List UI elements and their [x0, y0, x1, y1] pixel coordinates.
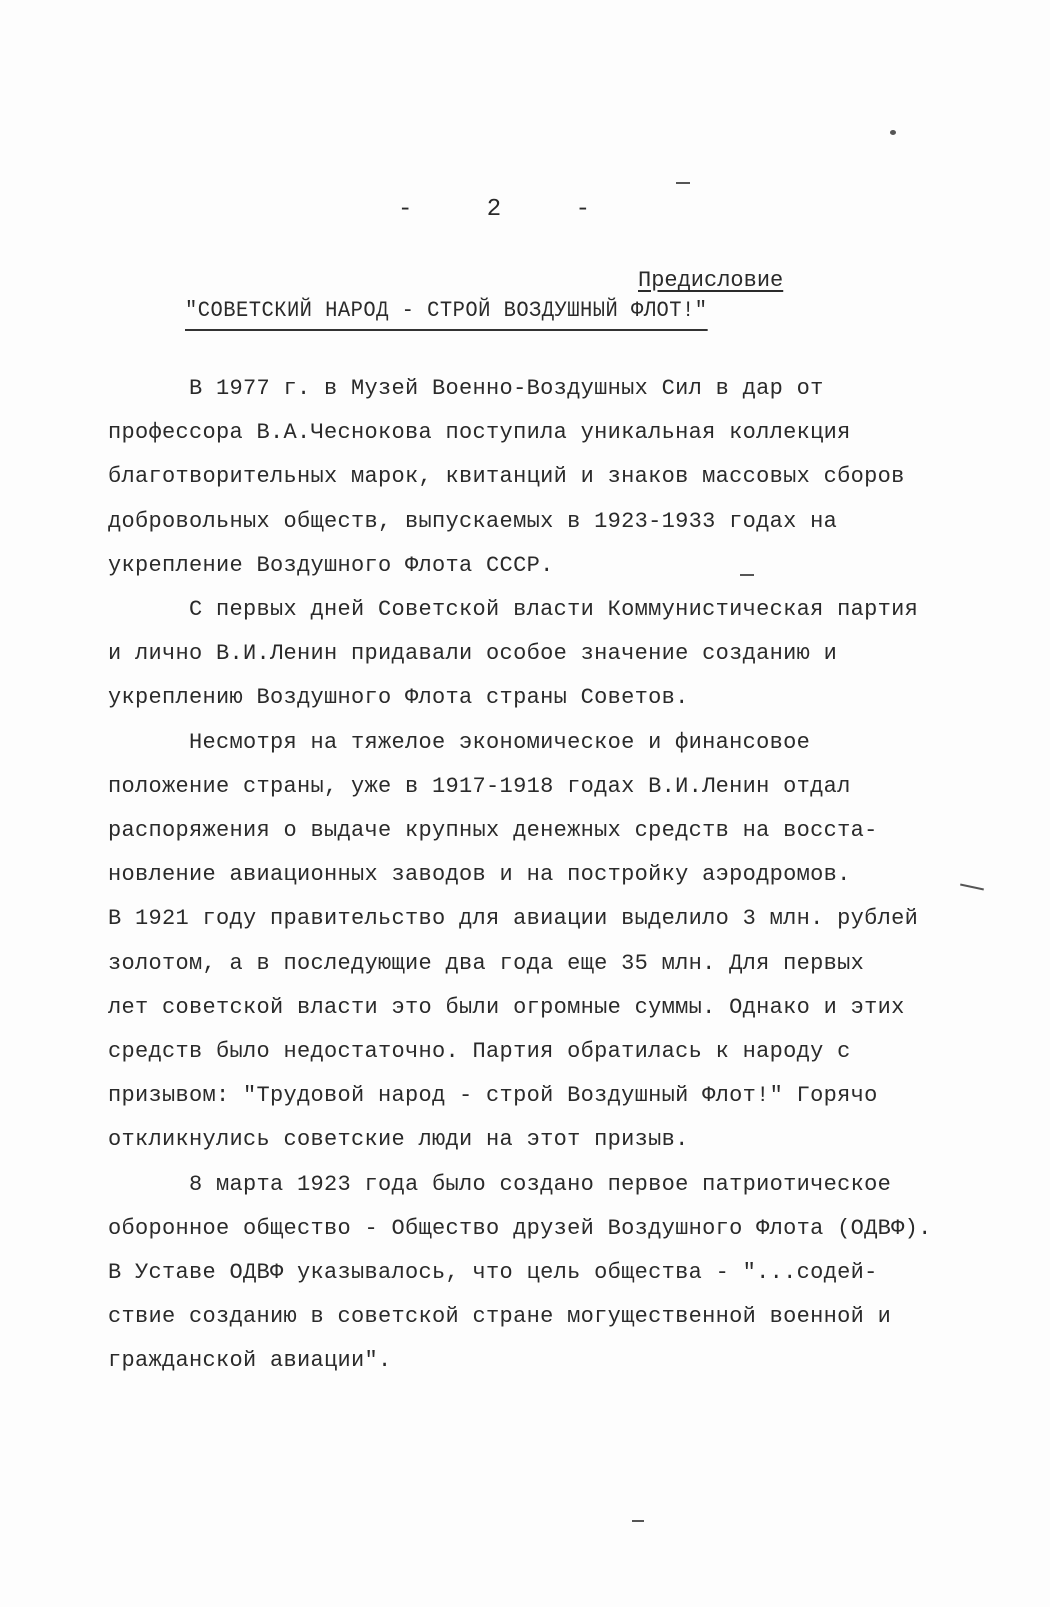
page-number: - 2 - — [398, 196, 620, 223]
text-line: благотворительных марок, квитанций и зна… — [108, 464, 905, 489]
text-line: золотом, а в последующие два года еще 35… — [108, 951, 864, 976]
text-line: В Уставе ОДВФ указывалось, что цель обще… — [108, 1260, 878, 1285]
scan-mark — [960, 884, 984, 891]
text-line: Несмотря на тяжелое экономическое и фина… — [108, 730, 810, 755]
text-line: призывом: "Трудовой народ - строй Воздуш… — [108, 1083, 878, 1108]
text-line: положение страны, уже в 1917-1918 годах … — [108, 774, 851, 799]
scan-mark — [632, 1520, 644, 1522]
document-page: - 2 - Предисловие "СОВЕТСКИЙ НАРОД - СТР… — [0, 0, 1050, 1607]
section-heading: Предисловие — [638, 268, 783, 293]
scan-mark — [740, 574, 754, 576]
text-line: лет советской власти это были огромные с… — [108, 995, 905, 1020]
text-line: укреплению Воздушного Флота страны Совет… — [108, 685, 689, 710]
text-line: 8 марта 1923 года было создано первое па… — [108, 1172, 891, 1197]
document-title: "СОВЕТСКИЙ НАРОД - СТРОЙ ВОЗДУШНЫЙ ФЛОТ!… — [185, 298, 707, 331]
text-line: новление авиационных заводов и на постро… — [108, 862, 851, 887]
scan-speck — [890, 130, 896, 135]
text-line: добровольных обществ, выпускаемых в 1923… — [108, 509, 837, 534]
text-line: укрепление Воздушного Флота СССР. — [108, 553, 554, 578]
scan-mark — [676, 182, 690, 184]
text-line: В 1977 г. в Музей Военно-Воздушных Сил в… — [108, 376, 824, 401]
text-line: С первых дней Советской власти Коммунист… — [108, 597, 918, 622]
text-line: В 1921 году правительство для авиации вы… — [108, 906, 918, 931]
text-line: гражданской авиации". — [108, 1348, 392, 1373]
text-line: профессора В.А.Чеснокова поступила уника… — [108, 420, 851, 445]
text-line: ствие созданию в советской стране могуще… — [108, 1304, 891, 1329]
text-line: оборонное общество - Общество друзей Воз… — [108, 1216, 932, 1241]
text-line: средств было недостаточно. Партия обрати… — [108, 1039, 851, 1064]
text-line: и лично В.И.Ленин придавали особое значе… — [108, 641, 837, 666]
text-line: откликнулись советские люди на этот приз… — [108, 1127, 689, 1152]
text-line: распоряжения о выдаче крупных денежных с… — [108, 818, 878, 843]
